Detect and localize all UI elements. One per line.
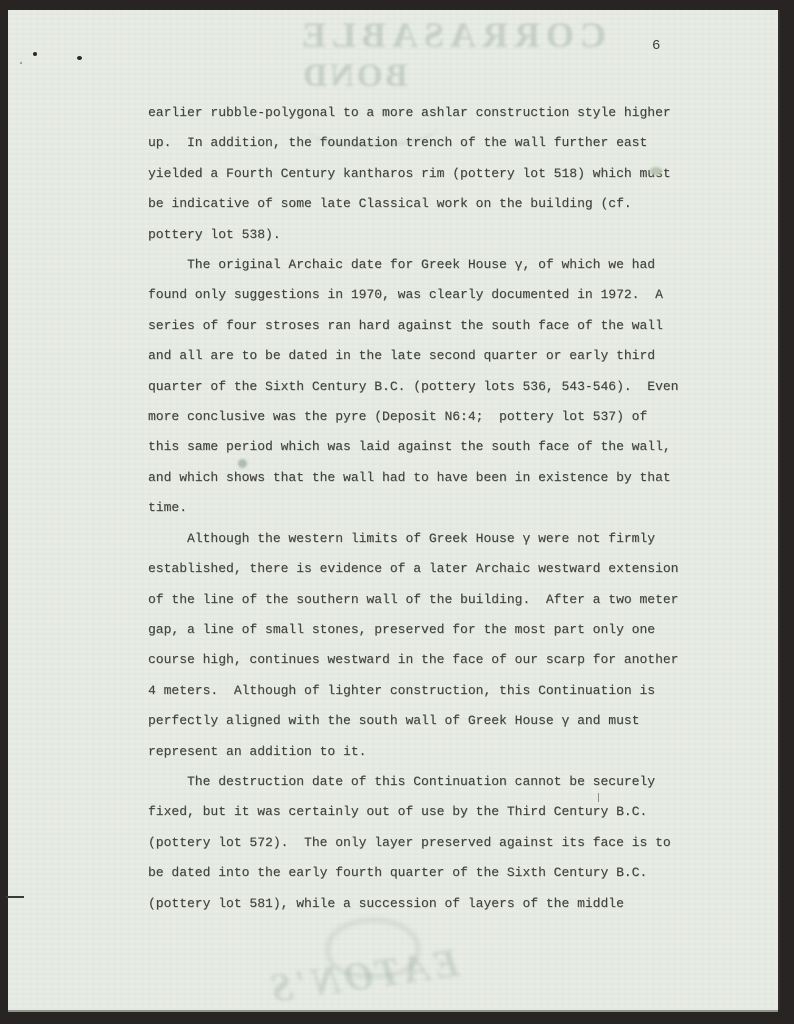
ink-speck (33, 52, 37, 56)
text-line: and which shows that the wall had to hav… (148, 463, 708, 493)
text-line: quarter of the Sixth Century B.C. (potte… (148, 372, 708, 402)
paper-sheet: CORRASABLE BOND EATON'S 6 earlier rubble… (8, 10, 778, 1010)
text-block: earlier rubble-polygonal to a more ashla… (148, 98, 708, 919)
text-line: and all are to be dated in the late seco… (148, 341, 708, 371)
watermark-bond: BOND (294, 58, 414, 95)
paper-smudge (650, 167, 662, 175)
text-line: The destruction date of this Continuatio… (148, 767, 708, 797)
text-line: course high, continues westward in the f… (148, 645, 708, 675)
ink-speck (20, 62, 22, 64)
ink-speck (77, 56, 82, 60)
stray-tick-mark (598, 793, 599, 802)
paragraph: Although the western limits of Greek Hou… (148, 524, 708, 767)
text-line: represent an addition to it. (148, 737, 708, 767)
text-line: found only suggestions in 1970, was clea… (148, 280, 708, 310)
text-line: (pottery lot 572). The only layer preser… (148, 828, 708, 858)
text-line: series of four stroses ran hard against … (148, 311, 708, 341)
text-line: gap, a line of small stones, preserved f… (148, 615, 708, 645)
text-line: earlier rubble-polygonal to a more ashla… (148, 98, 708, 128)
paper-smudge (238, 459, 247, 468)
text-line: be indicative of some late Classical wor… (148, 189, 708, 219)
text-line: 4 meters. Although of lighter constructi… (148, 676, 708, 706)
text-line: this same period which was laid against … (148, 432, 708, 462)
scanned-page: CORRASABLE BOND EATON'S 6 earlier rubble… (0, 0, 794, 1024)
text-line: Although the western limits of Greek Hou… (148, 524, 708, 554)
text-line: perfectly aligned with the south wall of… (148, 706, 708, 736)
text-line: of the line of the southern wall of the … (148, 585, 708, 615)
text-line: fixed, but it was certainly out of use b… (148, 797, 708, 827)
pencil-mark (6, 896, 24, 898)
text-line: time. (148, 493, 708, 523)
text-line: (pottery lot 581), while a succession of… (148, 889, 708, 919)
paragraph: earlier rubble-polygonal to a more ashla… (148, 98, 708, 250)
paragraph: The destruction date of this Continuatio… (148, 767, 708, 919)
text-line: pottery lot 538). (148, 220, 708, 250)
watermark-corrasable: CORRASABLE (286, 14, 616, 56)
text-line: established, there is evidence of a late… (148, 554, 708, 584)
paragraph: The original Archaic date for Greek Hous… (148, 250, 708, 524)
text-line: The original Archaic date for Greek Hous… (148, 250, 708, 280)
text-line: yielded a Fourth Century kantharos rim (… (148, 159, 708, 189)
page-number: 6 (652, 38, 660, 54)
text-line: more conclusive was the pyre (Deposit N6… (148, 402, 708, 432)
text-line: up. In addition, the foundation trench o… (148, 128, 708, 158)
text-line: be dated into the early fourth quarter o… (148, 858, 708, 888)
